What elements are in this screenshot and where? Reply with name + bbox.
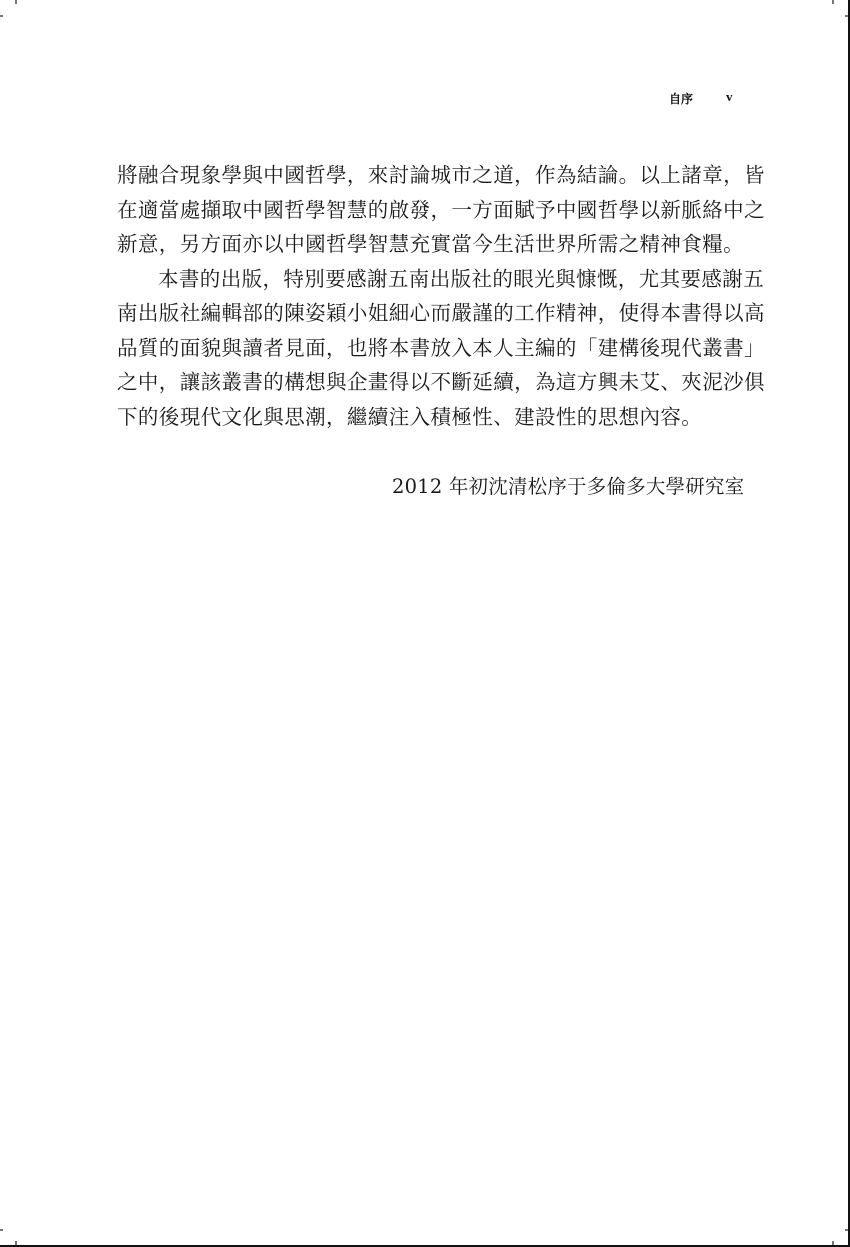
text-line: 將融合現象學與中國哲學，來討論城市之道，作為結論。以上諸章，皆 <box>117 158 737 193</box>
text-line: 在適當處擷取中國哲學智慧的啟發，一方面賦予中國哲學以新脈絡中之 <box>117 193 737 228</box>
crop-mark-bottom-right <box>832 1241 834 1245</box>
crop-mark-left-bottom <box>0 1229 3 1231</box>
book-page: 自序 v 將融合現象學與中國哲學，來討論城市之道，作為結論。以上諸章，皆 在適當… <box>0 0 850 1247</box>
crop-mark-top-right <box>832 0 834 4</box>
signature-line: 2012 年初沈清松序于多倫多大學研究室 <box>392 470 738 504</box>
body-text: 將融合現象學與中國哲學，來討論城市之道，作為結論。以上諸章，皆 在適當處擷取中國… <box>117 158 737 434</box>
text-line: 本書的出版，特別要感謝五南出版社的眼光與慷慨，尤其要感謝五 <box>117 262 737 297</box>
crop-mark-right-top <box>845 15 848 17</box>
text-line: 南出版社編輯部的陳姿穎小姐細心而嚴謹的工作精神，使得本書得以高 <box>117 296 737 331</box>
crop-mark-top-left <box>15 0 17 4</box>
text-line: 下的後現代文化與思潮，繼續注入積極性、建設性的思想內容。 <box>117 400 737 435</box>
page-number: v <box>726 89 733 105</box>
running-head: 自序 v <box>600 90 740 110</box>
text-line: 品質的面貌與讀者見面，也將本書放入本人主編的「建構後現代叢書」 <box>117 331 737 366</box>
running-head-title: 自序 <box>669 90 693 107</box>
crop-mark-right-bottom <box>845 1229 848 1231</box>
text-line: 新意，另方面亦以中國哲學智慧充實當今生活世界所需之精神食糧。 <box>117 227 737 262</box>
text-line: 之中，讓該叢書的構想與企畫得以不斷延續，為這方興未艾、夾泥沙俱 <box>117 365 737 400</box>
crop-mark-left-top <box>0 15 3 17</box>
crop-mark-bottom-left <box>15 1241 17 1245</box>
